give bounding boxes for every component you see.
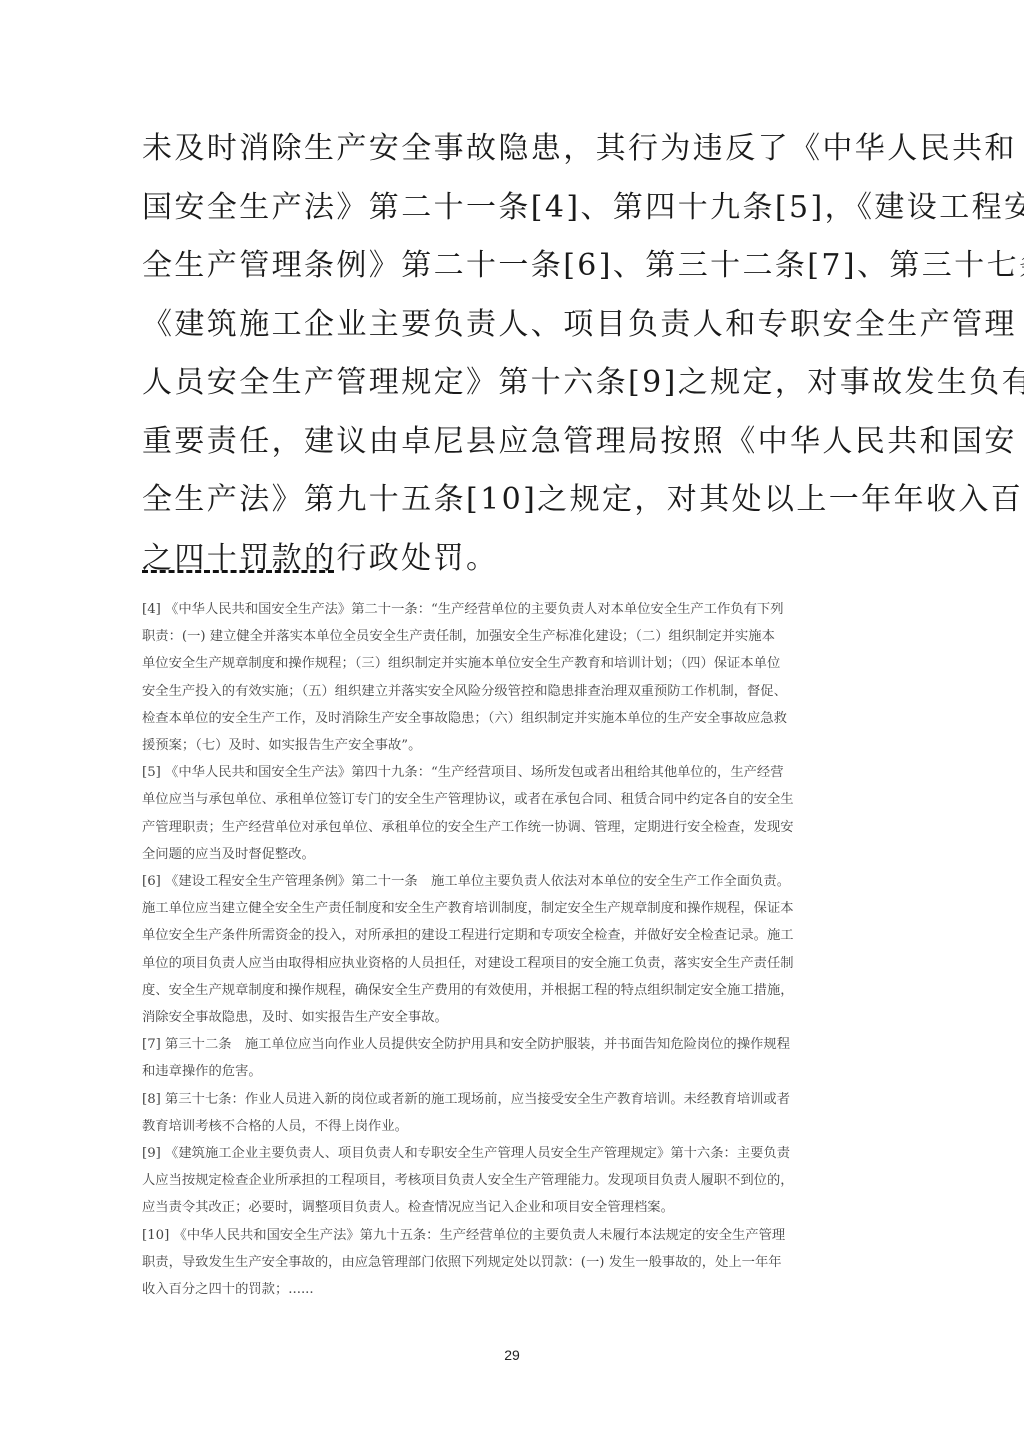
footnote-line: 应当责令其改正；必要时，调整项目负责人。检查情况应当记入企业和项目安全管理档案。	[142, 1194, 894, 1221]
footnote-line: 教育培训考核不合格的人员，不得上岗作业。	[142, 1113, 894, 1140]
footnote-line: [8] 第三十七条：作业人员进入新的岗位或者新的施工现场前，应当接受安全生产教育…	[142, 1086, 894, 1113]
footnote-line: [7] 第三十二条 施工单位应当向作业人员提供安全防护用具和安全防护服装，并书面…	[142, 1031, 894, 1058]
footnote-line: [10] 《中华人民共和国安全生产法》第九十五条：生产经营单位的主要负责人未履行…	[142, 1222, 894, 1249]
body-paragraph: 未及时消除生产安全事故隐患，其行为违反了《中华人民共和 国安全生产法》第二十一条…	[142, 120, 894, 588]
footnote-4: [4] 《中华人民共和国安全生产法》第二十一条：“生产经营单位的主要负责人对本单…	[142, 596, 894, 759]
footnote-line: 单位应当与承包单位、承租单位签订专门的安全生产管理协议，或者在承包合同、租赁合同…	[142, 786, 894, 813]
footnote-line: 产管理职责；生产经营单位对承包单位、承租单位的安全生产工作统一协调、管理，定期进…	[142, 814, 894, 841]
footnote-line: 度、安全生产规章制度和操作规程，确保安全生产费用的有效使用，并根据工程的特点组织…	[142, 977, 894, 1004]
body-line: 未及时消除生产安全事故隐患，其行为违反了《中华人民共和	[142, 120, 894, 179]
footnote-line: [9] 《建筑施工企业主要负责人、项目负责人和专职安全生产管理人员安全生产管理规…	[142, 1140, 894, 1167]
footnote-line: 安全生产投入的有效实施；（五）组织建立并落实安全风险分级管控和隐患排查治理双重预…	[142, 678, 894, 705]
footnote-7: [7] 第三十二条 施工单位应当向作业人员提供安全防护用具和安全防护服装，并书面…	[142, 1031, 894, 1085]
body-line: 全生产管理条例》第二十一条[6]、第三十二条[7]、第三十七条[8]，	[142, 237, 894, 296]
footnote-8: [8] 第三十七条：作业人员进入新的岗位或者新的施工现场前，应当接受安全生产教育…	[142, 1086, 894, 1140]
footnote-line: 职责，导致发生生产安全事故的，由应急管理部门依照下列规定处以罚款：(一) 发生一…	[142, 1249, 894, 1276]
footnote-line: 收入百分之四十的罚款；......	[142, 1276, 894, 1303]
footnote-6: [6] 《建设工程安全生产管理条例》第二十一条 施工单位主要负责人依法对本单位的…	[142, 868, 894, 1031]
page-number: 29	[0, 1347, 1024, 1363]
footnote-line: 单位安全生产规章制度和操作规程；（三）组织制定并实施本单位安全生产教育和培训计划…	[142, 650, 894, 677]
footnote-line: 职责：(一) 建立健全并落实本单位全员安全生产责任制，加强安全生产标准化建设；（…	[142, 623, 894, 650]
body-line: 重要责任，建议由卓尼县应急管理局按照《中华人民共和国安	[142, 413, 894, 472]
footnote-9: [9] 《建筑施工企业主要负责人、项目负责人和专职安全生产管理人员安全生产管理规…	[142, 1140, 894, 1222]
footnote-line: 和违章操作的危害。	[142, 1058, 894, 1085]
footnote-line: 检查本单位的安全生产工作，及时消除生产安全事故隐患；（六）组织制定并实施本单位的…	[142, 705, 894, 732]
footnote-line: 施工单位应当建立健全安全生产责任制度和安全生产教育培训制度，制定安全生产规章制度…	[142, 895, 894, 922]
footnote-line: [6] 《建设工程安全生产管理条例》第二十一条 施工单位主要负责人依法对本单位的…	[142, 868, 894, 895]
footnote-10: [10] 《中华人民共和国安全生产法》第九十五条：生产经营单位的主要负责人未履行…	[142, 1222, 894, 1304]
footnote-line: 消除安全事故隐患，及时、如实报告生产安全事故。	[142, 1004, 894, 1031]
document-page: 未及时消除生产安全事故隐患，其行为违反了《中华人民共和 国安全生产法》第二十一条…	[0, 0, 1024, 1448]
footnote-line: [5] 《中华人民共和国安全生产法》第四十九条：“生产经营项目、场所发包或者出租…	[142, 759, 894, 786]
footnote-separator	[142, 570, 334, 573]
footnote-line: 单位安全生产条件所需资金的投入，对所承担的建设工程进行定期和专项安全检查，并做好…	[142, 922, 894, 949]
body-line: 之四十罚款的行政处罚。	[142, 530, 894, 589]
footnote-line: 单位的项目负责人应当由取得相应执业资格的人员担任，对建设工程项目的安全施工负责，…	[142, 950, 894, 977]
body-line: 人员安全生产管理规定》第十六条[9]之规定，对事故发生负有	[142, 354, 894, 413]
footnote-line: 援预案；（七）及时、如实报告生产安全事故”。	[142, 732, 894, 759]
body-line: 全生产法》第九十五条[10]之规定，对其处以上一年年收入百分	[142, 471, 894, 530]
body-line: 国安全生产法》第二十一条[4]、第四十九条[5]，《建设工程安	[142, 179, 894, 238]
footnote-line: 人应当按规定检查企业所承担的工程项目，考核项目负责人安全生产管理能力。发现项目负…	[142, 1167, 894, 1194]
body-line: 《建筑施工企业主要负责人、项目负责人和专职安全生产管理	[142, 296, 894, 355]
footnote-5: [5] 《中华人民共和国安全生产法》第四十九条：“生产经营项目、场所发包或者出租…	[142, 759, 894, 868]
footnote-line: 全问题的应当及时督促整改。	[142, 841, 894, 868]
footnote-line: [4] 《中华人民共和国安全生产法》第二十一条：“生产经营单位的主要负责人对本单…	[142, 596, 894, 623]
footnotes: [4] 《中华人民共和国安全生产法》第二十一条：“生产经营单位的主要负责人对本单…	[142, 596, 894, 1303]
